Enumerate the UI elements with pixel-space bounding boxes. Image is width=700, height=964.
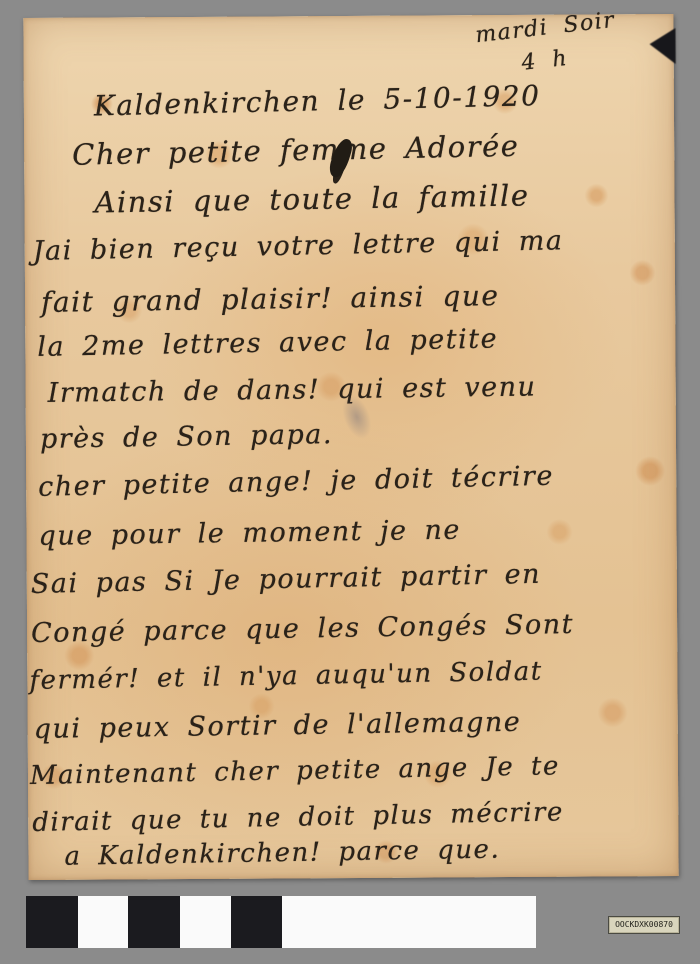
letter-page: mardi Soir 4 h Kaldenkirchen le 5-10-192…: [23, 14, 678, 880]
handwritten-line: Maintenant cher petite ange Je te: [30, 751, 560, 791]
handwritten-line: qui peux Sortir de l'allemagne: [33, 707, 521, 745]
handwritten-line: dirait que tu ne doit plus mécrire: [32, 797, 564, 838]
corner-note-line-1: mardi Soir: [474, 8, 616, 48]
dateline: Kaldenkirchen le 5-10-1920: [94, 79, 541, 123]
handwritten-line: Irmatch de dans! qui est venu: [47, 371, 536, 408]
handwritten-line: que pour le moment je ne: [38, 515, 461, 552]
handwritten-line: la 2me lettres avec la petite: [37, 323, 498, 362]
handwritten-line: Jai bien reçu votre lettre qui ma: [32, 225, 563, 267]
scale-segment-black: [231, 896, 282, 948]
handwritten-line: Ainsi que toute la famille: [94, 178, 530, 219]
handwritten-line: Cher petite femme Adorée: [72, 129, 520, 172]
handwritten-line: fermér! et il n'ya auqu'un Soldat: [29, 657, 543, 696]
handwritten-line: Congé parce que les Congés Sont: [31, 609, 574, 649]
scale-segment-black: [26, 896, 78, 948]
scale-segment-black: [128, 896, 180, 948]
handwritten-line: cher petite ange! je doit técrire: [38, 461, 554, 503]
scale-segment-white: [78, 896, 128, 948]
scale-segment-white-long: [282, 896, 536, 948]
handwritten-line: Sai pas Si Je pourrait partir en: [31, 559, 542, 600]
inventory-label: OOCKDXK00870: [608, 916, 680, 934]
torn-corner-mark: [649, 28, 675, 64]
scale-segment-white: [180, 896, 231, 948]
scanned-letter-photo: mardi Soir 4 h Kaldenkirchen le 5-10-192…: [0, 0, 700, 964]
handwritten-line: a Kaldenkirchen! parce que.: [64, 835, 500, 872]
corner-note-line-2: 4 h: [520, 46, 569, 76]
measurement-scale-bar: [26, 896, 536, 948]
handwritten-line: fait grand plaisir! ainsi que: [41, 279, 500, 319]
handwritten-line: près de Son papa.: [40, 419, 334, 455]
